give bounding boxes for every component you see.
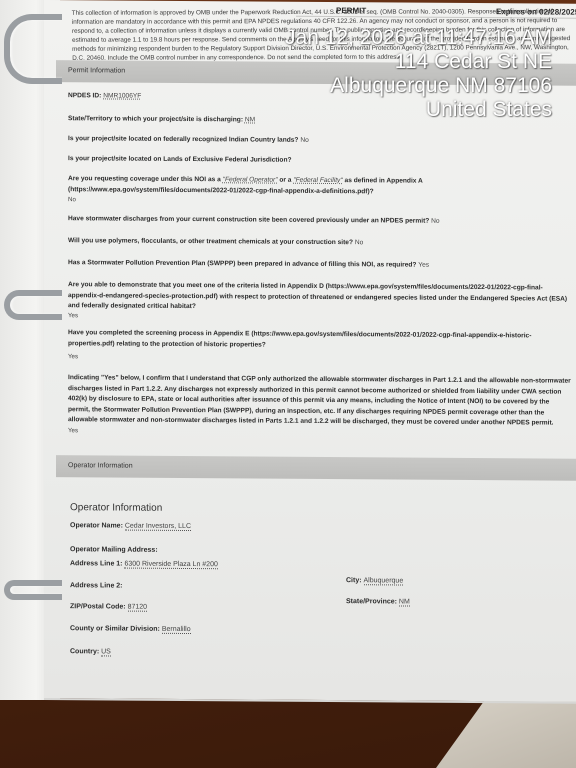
- photo-datetime: Jan 12, 2026 at 11:47:16 AM: [285, 26, 552, 50]
- county-field: County or Similar Division: Bernalillo: [70, 625, 191, 633]
- answer-historic-properties: Yes: [68, 353, 78, 360]
- answer-value: No: [431, 218, 439, 225]
- npdes-id-label: NPDES ID:: [68, 92, 101, 99]
- city-value: Albuquerque: [364, 577, 404, 585]
- question-text: Have stormwater discharges from your cur…: [68, 215, 429, 225]
- question-text: State/Territory to which your project/si…: [68, 115, 243, 123]
- binder-ring-bottom: [4, 580, 62, 600]
- operator-information-heading: Operator Information: [70, 502, 162, 514]
- federal-operator-link[interactable]: "Federal Operator": [223, 176, 278, 183]
- question-text: or a: [278, 177, 294, 184]
- photo-street: 114 Cedar St NE: [285, 50, 552, 74]
- mailing-address-label: Operator Mailing Address:: [70, 546, 158, 554]
- country-field: Country: US: [70, 648, 111, 655]
- answer-value: No: [355, 239, 363, 246]
- zip-code-value: 87120: [128, 604, 147, 612]
- question-federal-jurisdiction: Is your project/site located on Lands of…: [68, 154, 573, 168]
- operator-name-value: Cedar Investors, LLC: [125, 523, 191, 531]
- question-text: Is your project/site located on federall…: [68, 135, 298, 144]
- answer-federal-operator: No: [68, 196, 76, 203]
- field-label: Address Line 1:: [70, 560, 123, 567]
- answer-value: Yes: [418, 262, 429, 269]
- photo-timestamp-overlay: Jan 12, 2026 at 11:47:16 AM 114 Cedar St…: [285, 26, 552, 122]
- answer-endangered-species: Yes: [68, 312, 78, 319]
- state-province-value: NM: [399, 598, 410, 606]
- question-federal-operator: Are you requesting coverage under this N…: [68, 174, 573, 199]
- field-label: City:: [346, 577, 362, 584]
- field-label: County or Similar Division:: [70, 625, 160, 633]
- field-label: ZIP/Postal Code:: [70, 603, 126, 610]
- photo-city: Albuquerque NM 87106: [285, 74, 552, 98]
- answer-value: NM: [245, 116, 255, 123]
- question-text: Will you use polymers, flocculants, or o…: [68, 237, 353, 246]
- zip-code-field: ZIP/Postal Code: 87120: [70, 603, 147, 611]
- question-text: Has a Stormwater Pollution Prevention Pl…: [68, 259, 416, 268]
- question-swppp: Has a Stormwater Pollution Prevention Pl…: [68, 258, 573, 272]
- answer-confirmation: Yes: [68, 427, 78, 434]
- npdes-id-value: NMR1006YF: [103, 92, 141, 99]
- address-line-2-field: Address Line 2:: [70, 582, 123, 589]
- state-province-field: State/Province: NM: [346, 598, 410, 605]
- address-line-1-field: Address Line 1: 6300 Riverside Plaza Ln …: [70, 560, 218, 568]
- field-label: Country:: [70, 648, 99, 655]
- country-value: US: [101, 648, 111, 656]
- binder-ring-top: [4, 14, 62, 84]
- binder-ring-middle: [4, 290, 62, 320]
- operator-name-field: Operator Name: Cedar Investors, LLC: [70, 522, 191, 530]
- photo-country: United States: [285, 98, 552, 122]
- question-endangered-species: Are you able to demonstrate that you mee…: [68, 280, 573, 315]
- city-field: City: Albuquerque: [346, 577, 403, 584]
- question-previous-coverage: Have stormwater discharges from your cur…: [68, 214, 573, 228]
- field-label: Address Line 2:: [70, 582, 123, 589]
- field-label: State/Province:: [346, 598, 397, 605]
- answer-value: No: [300, 137, 308, 144]
- address-line-1-value: 6300 Riverside Plaza Ln #200: [124, 561, 217, 570]
- federal-facility-link[interactable]: "Federal Facility": [293, 177, 342, 184]
- question-treatment-chemicals: Will you use polymers, flocculants, or o…: [68, 236, 573, 250]
- confirmation-statement: Indicating "Yes" below, I confirm that I…: [68, 373, 573, 429]
- question-indian-country: Is your project/site located on federall…: [68, 134, 573, 148]
- question-text: Are you requesting coverage under this N…: [68, 175, 223, 183]
- operator-information-section-bar: Operator Information: [56, 455, 576, 481]
- field-label: Operator Name:: [70, 522, 123, 529]
- question-historic-properties: Have you completed the screening process…: [68, 328, 573, 353]
- county-value: Bernalillo: [162, 626, 191, 634]
- question-text: Is your project/site located on Lands of…: [68, 155, 292, 164]
